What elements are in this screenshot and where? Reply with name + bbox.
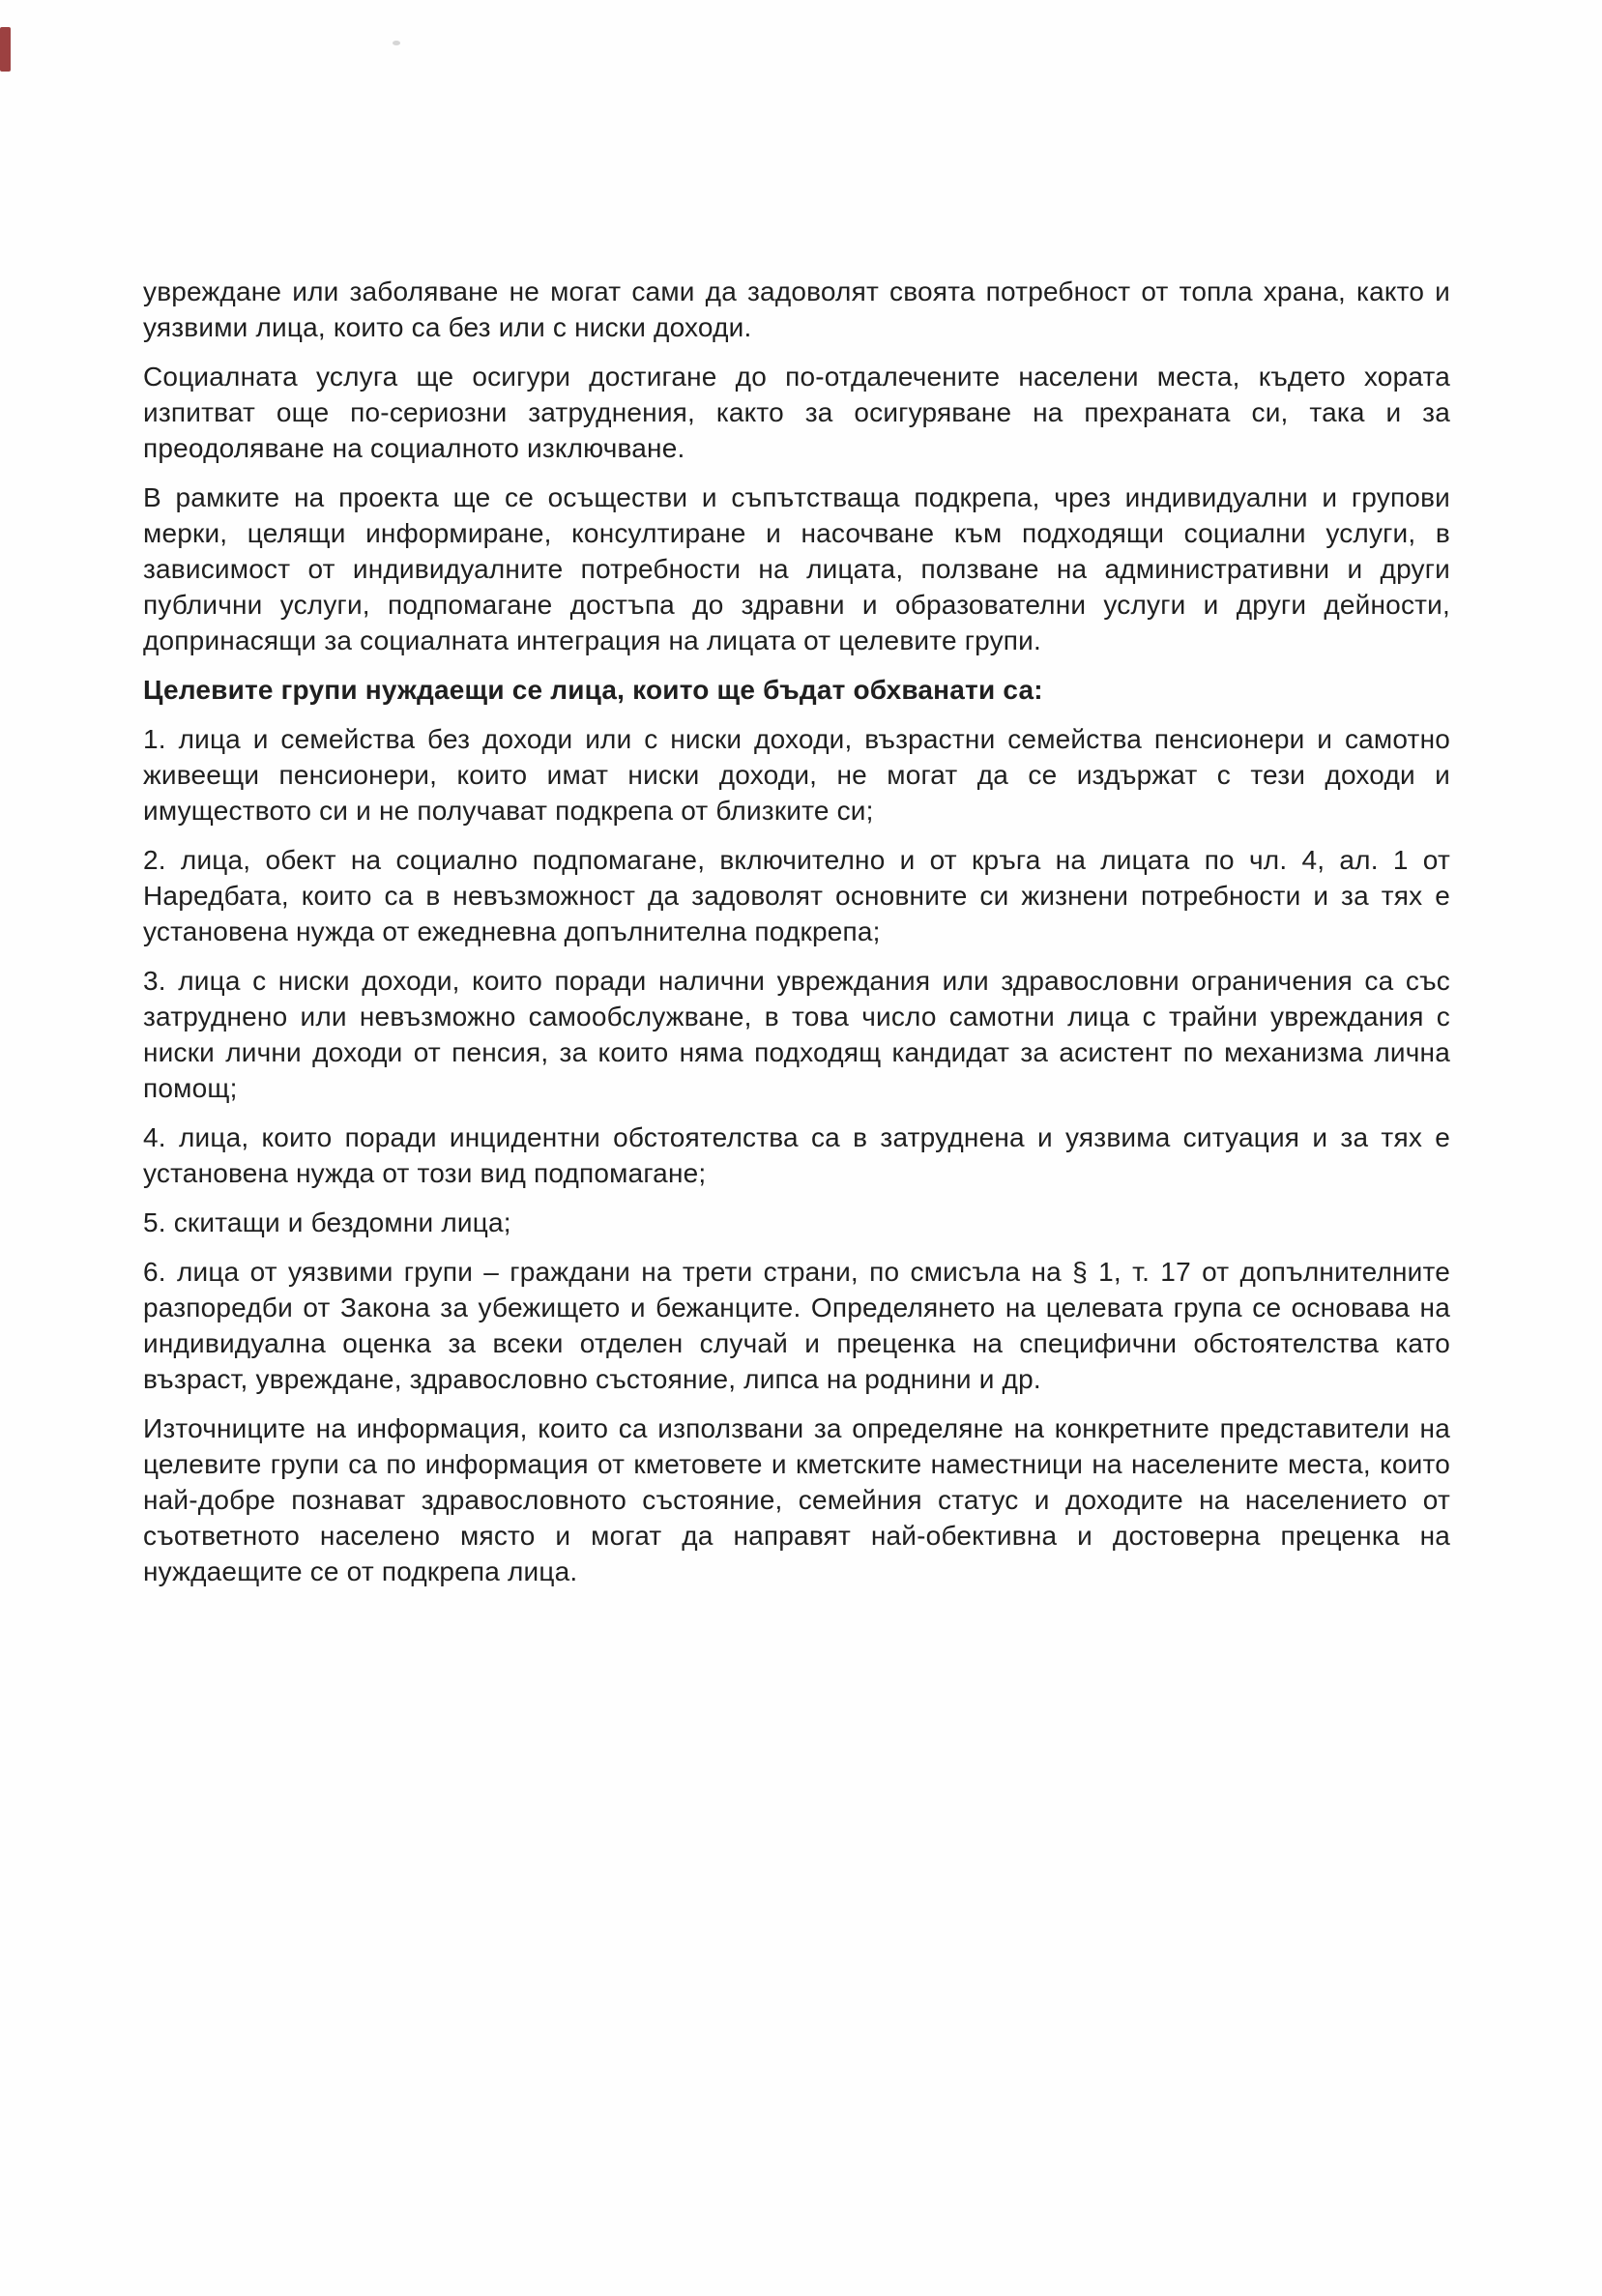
paragraph-project-scope: В рамките на проекта ще се осъществи и с…: [143, 480, 1450, 658]
list-item-4: 4. лица, които поради инцидентни обстоят…: [143, 1119, 1450, 1191]
list-item-6: 6. лица от уязвими групи – граждани на т…: [143, 1254, 1450, 1397]
list-item-2: 2. лица, обект на социално подпомагане, …: [143, 842, 1450, 949]
list-item-5: 5. скитащи и бездомни лица;: [143, 1205, 1450, 1240]
scan-artifact-red-corner: [0, 27, 11, 72]
list-item-3: 3. лица с ниски доходи, които поради нал…: [143, 963, 1450, 1106]
document-page: увреждане или заболяване не могат сами д…: [0, 0, 1602, 2296]
document-content: увреждане или заболяване не могат сами д…: [143, 274, 1450, 1603]
paragraph-social-service: Социалната услуга ще осигури достигане д…: [143, 359, 1450, 466]
paragraph-intro-continuation: увреждане или заболяване не могат сами д…: [143, 274, 1450, 345]
paragraph-information-sources: Източниците на информация, които са изпо…: [143, 1410, 1450, 1589]
scan-speck: [393, 41, 400, 45]
section-heading-target-groups: Целевите групи нуждаещи се лица, които щ…: [143, 672, 1450, 708]
list-item-1: 1. лица и семейства без доходи или с нис…: [143, 721, 1450, 828]
